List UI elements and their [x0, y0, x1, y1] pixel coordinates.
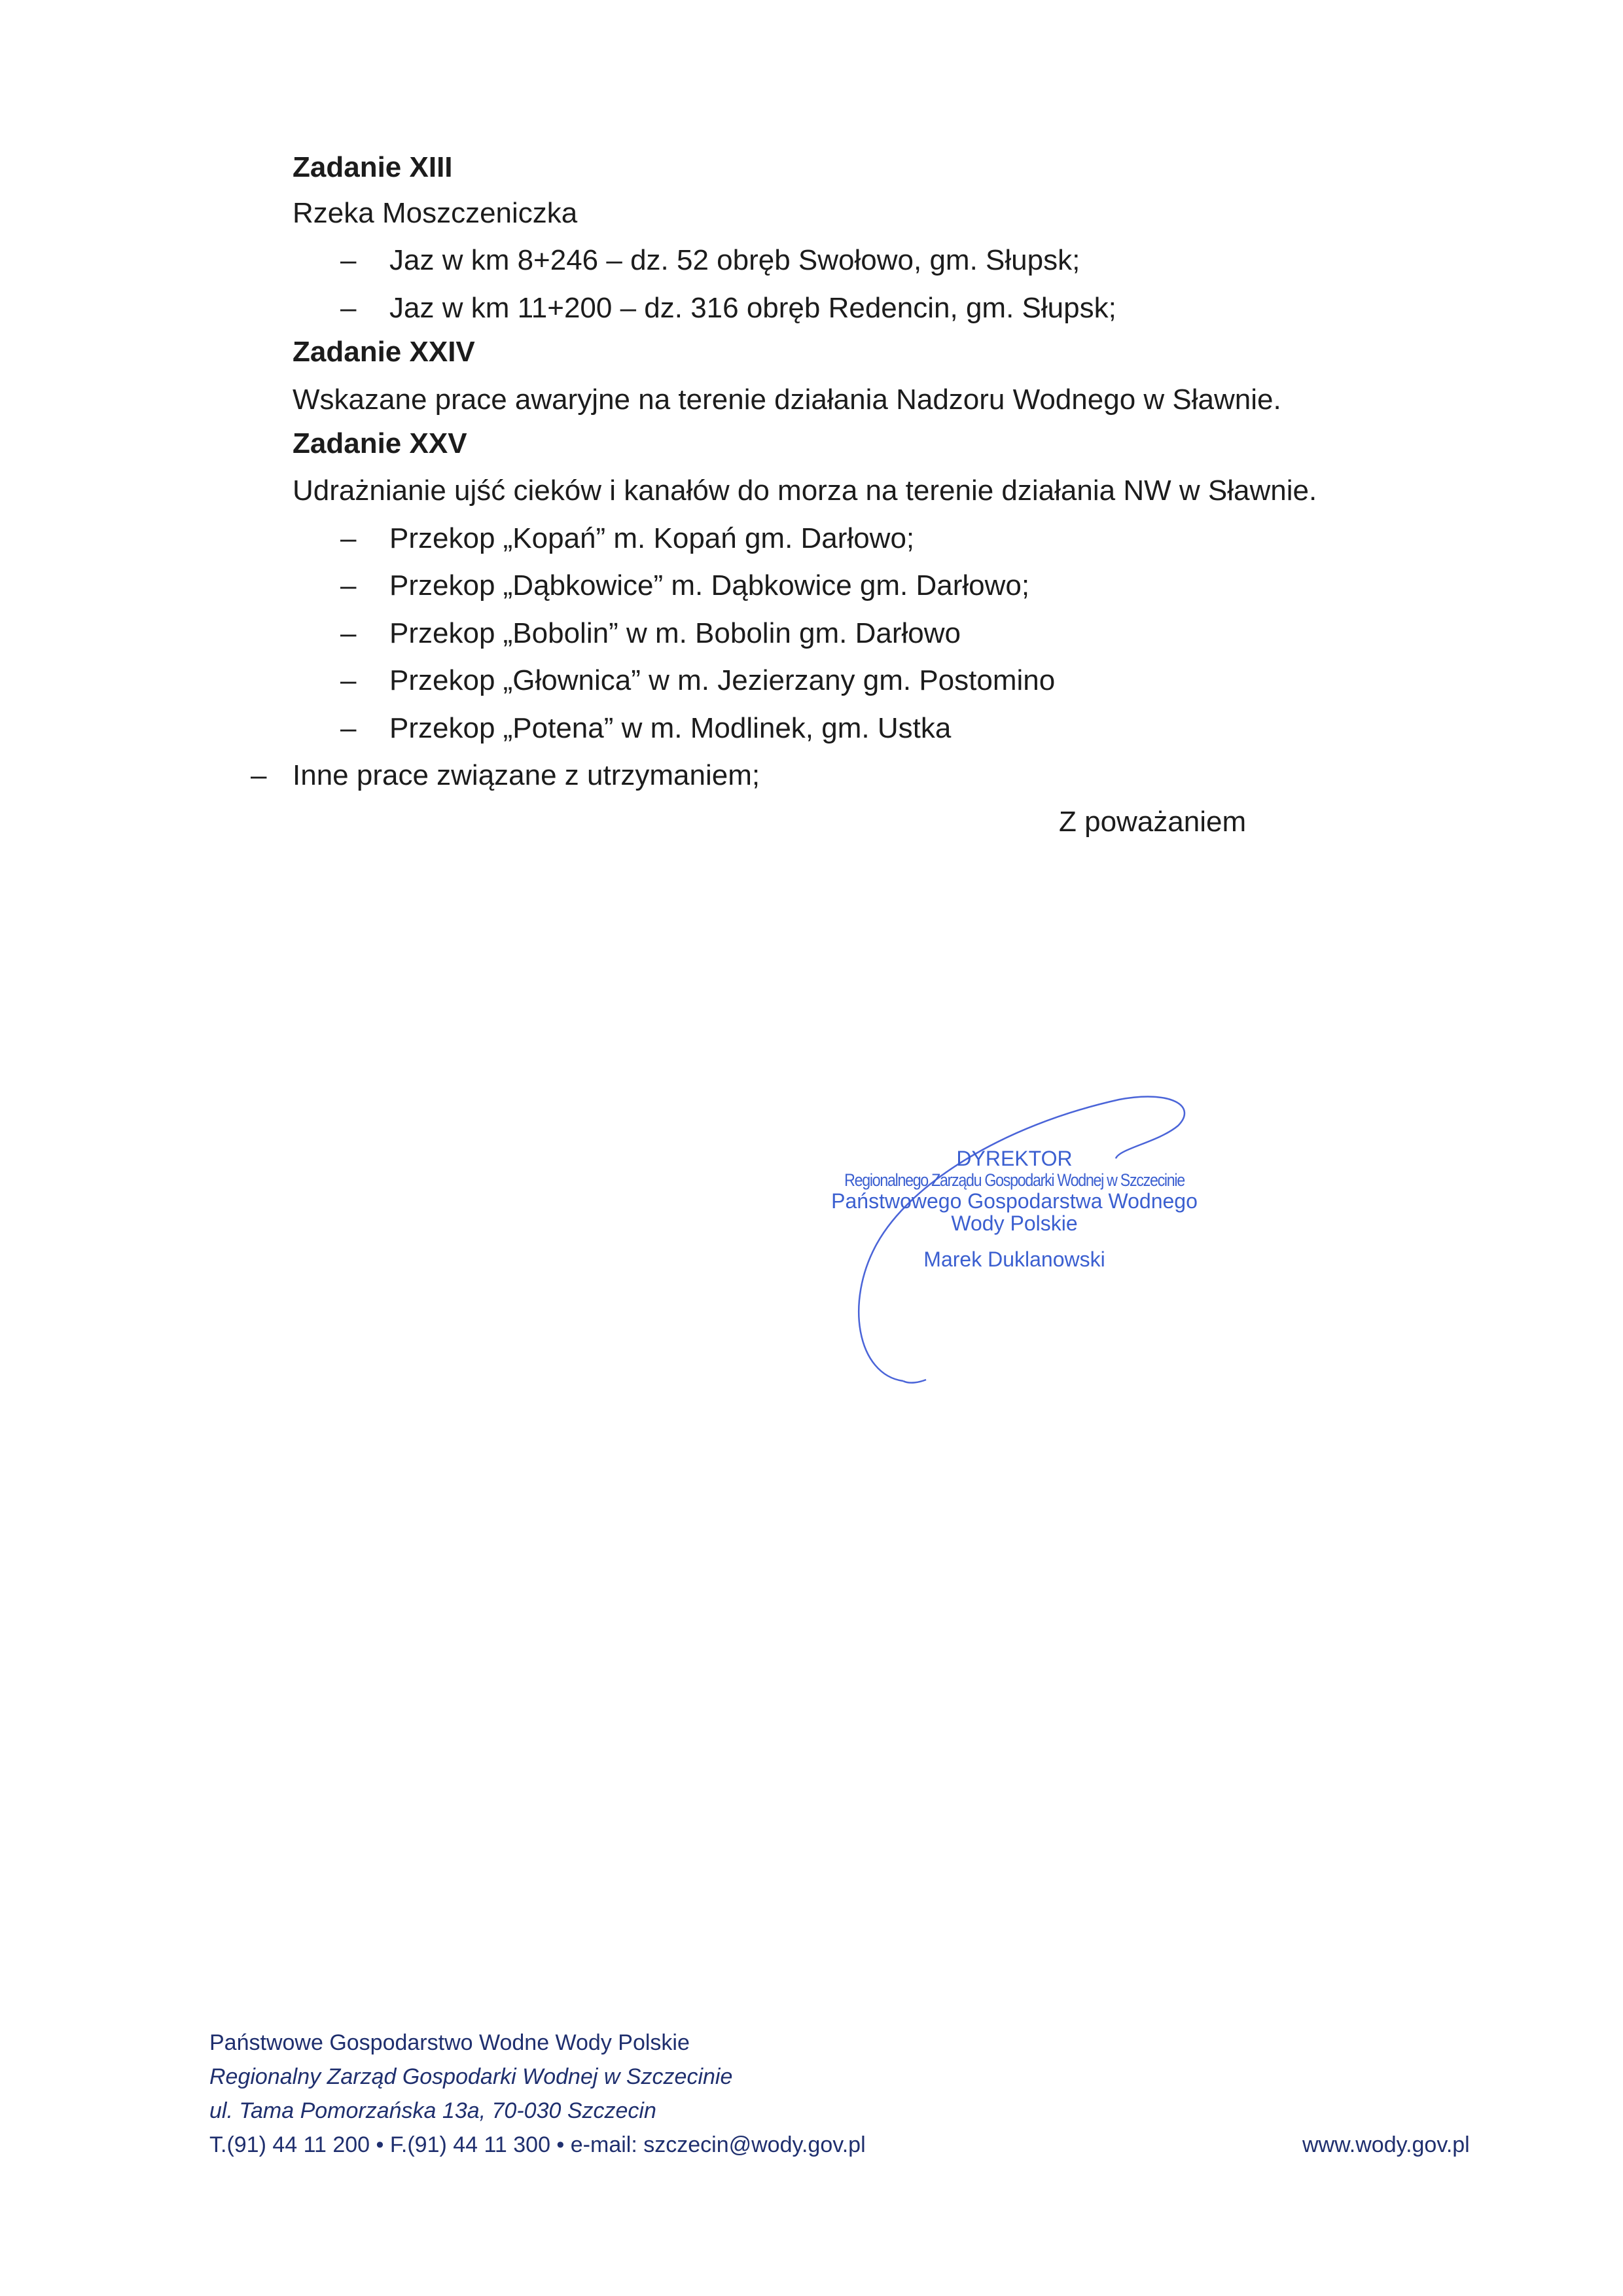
signature-block: DYREKTOR Regionalnego Zarządu Gospodarki…: [805, 1086, 1224, 1388]
signature-title: DYREKTOR: [805, 1147, 1224, 1170]
section-description: Rzeka Moszczeniczka: [293, 195, 577, 232]
section-description: Udrażnianie ujść cieków i kanałów do mor…: [293, 473, 1317, 509]
footer-contact: T.(91) 44 11 200 • F.(91) 44 11 300 • e-…: [209, 2128, 866, 2162]
list-dash: –: [251, 757, 266, 794]
list-item: Przekop „Bobolin” w m. Bobolin gm. Darło…: [389, 615, 961, 652]
closing: Z poważaniem: [1059, 804, 1246, 840]
list-dash: –: [340, 520, 356, 557]
document-page: Zadanie XIII Rzeka Moszczeniczka – Jaz w…: [0, 0, 1623, 2296]
footer-website-link[interactable]: www.wody.gov.pl: [1302, 2128, 1470, 2162]
section-heading: Zadanie XXV: [293, 425, 467, 462]
list-item: Przekop „Głownica” w m. Jezierzany gm. P…: [389, 662, 1055, 699]
footer-org: Państwowe Gospodarstwo Wodne Wody Polski…: [209, 2026, 866, 2060]
other-item: Inne prace związane z utrzymaniem;: [293, 757, 760, 794]
list-item: Przekop „Dąbkowice” m. Dąbkowice gm. Dar…: [389, 567, 1029, 604]
footer: Państwowe Gospodarstwo Wodne Wody Polski…: [209, 2026, 866, 2162]
list-dash: –: [340, 710, 356, 747]
list-item: Przekop „Potena” w m. Modlinek, gm. Ustk…: [389, 710, 951, 747]
signature-line: Państwowego Gospodarstwa Wodnego: [805, 1190, 1224, 1212]
footer-address: ul. Tama Pomorzańska 13a, 70-030 Szczeci…: [209, 2094, 866, 2128]
list-dash: –: [340, 662, 356, 699]
signature-line: Regionalnego Zarządu Gospodarki Wodnej w…: [834, 1170, 1194, 1190]
signature-line: Wody Polskie: [805, 1212, 1224, 1234]
signature-name: Marek Duklanowski: [805, 1247, 1224, 1271]
section-heading: Zadanie XIII: [293, 149, 453, 186]
list-dash: –: [340, 615, 356, 652]
list-item: Jaz w km 8+246 – dz. 52 obręb Swołowo, g…: [389, 242, 1080, 279]
list-dash: –: [340, 567, 356, 604]
list-dash: –: [340, 290, 356, 327]
section-description: Wskazane prace awaryjne na terenie dział…: [293, 382, 1281, 418]
list-item: Jaz w km 11+200 – dz. 316 obręb Redencin…: [389, 290, 1116, 327]
list-item: Przekop „Kopań” m. Kopań gm. Darłowo;: [389, 520, 914, 557]
handwritten-signature-icon: [805, 1086, 1224, 1388]
list-dash: –: [340, 242, 356, 279]
footer-office: Regionalny Zarząd Gospodarki Wodnej w Sz…: [209, 2060, 866, 2094]
section-heading: Zadanie XXIV: [293, 334, 475, 370]
